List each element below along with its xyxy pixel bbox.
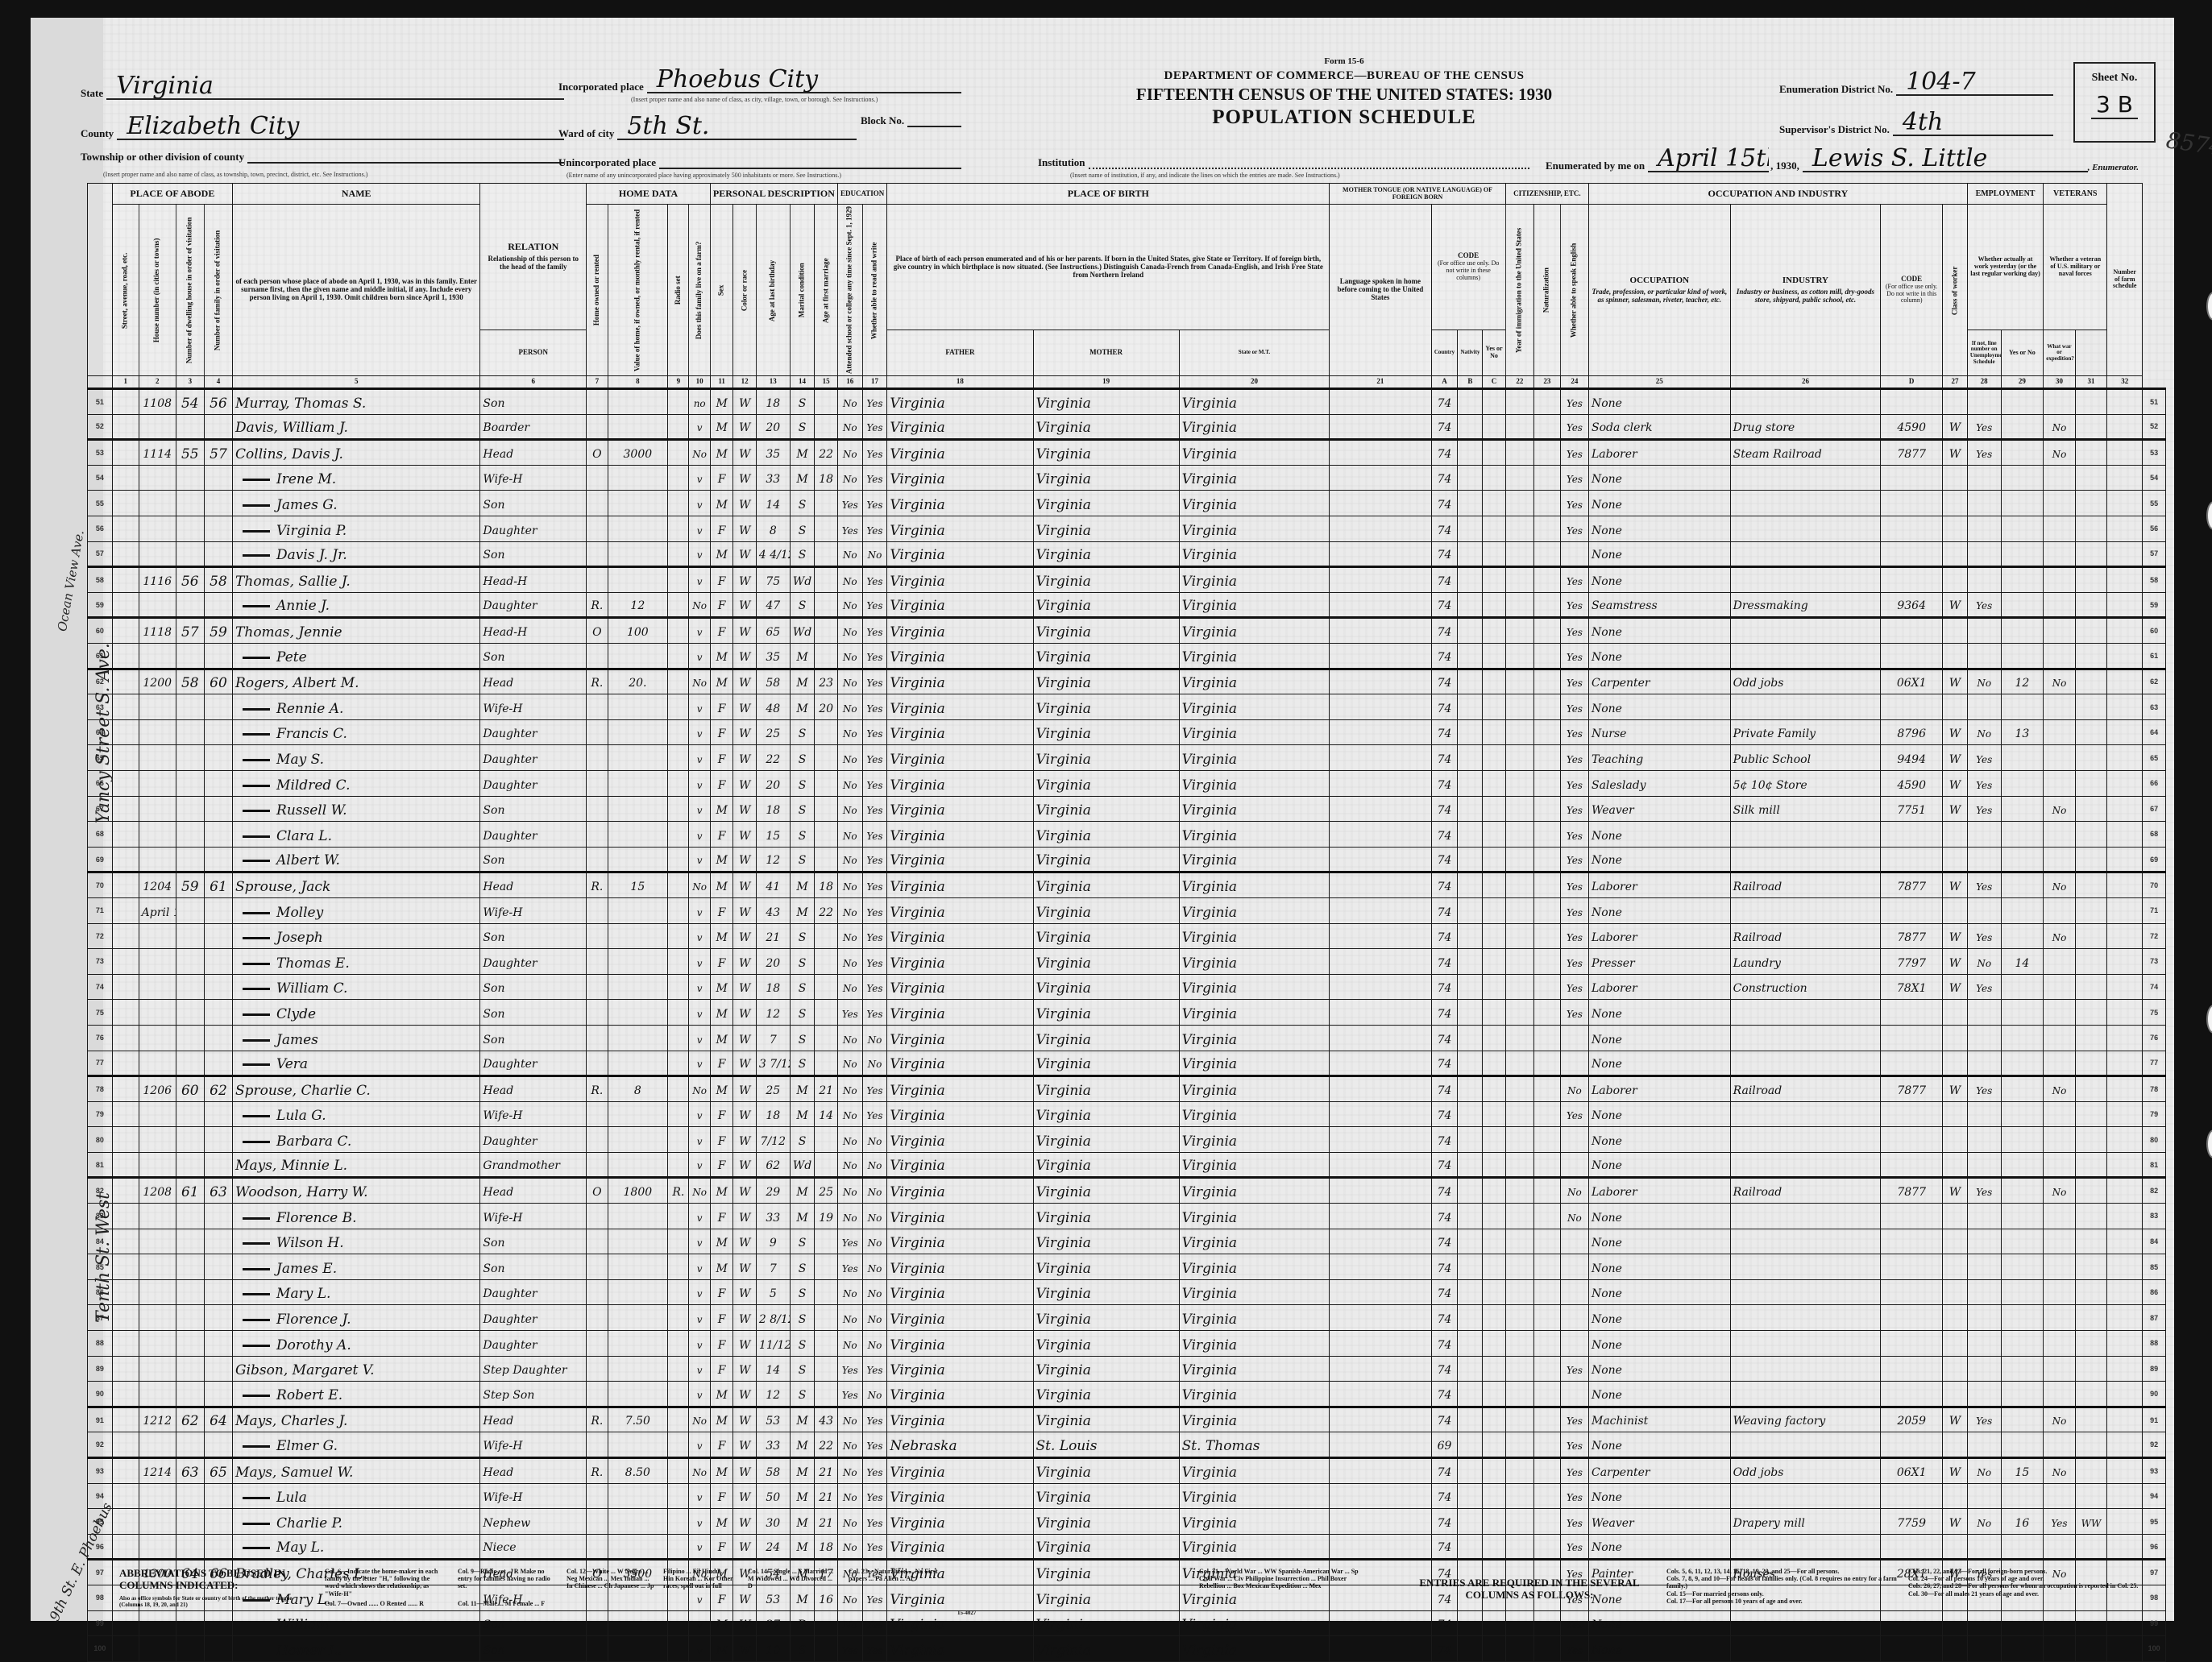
header-value: Value of home, if owned, or monthly rent… xyxy=(608,205,668,376)
column-number: 32 xyxy=(2107,376,2143,389)
occupation-cell: Laborer xyxy=(1588,923,1730,949)
group-tongue: MOTHER TONGUE (OR NATIVE LANGUAGE) OF FO… xyxy=(1330,184,1506,205)
school-cell: No xyxy=(837,719,862,745)
school-cell: No xyxy=(837,872,862,898)
sex-cell: F xyxy=(710,1152,733,1178)
table-row: 74William C.SonvMW18SNoYesVirginiaVirgin… xyxy=(88,974,2166,1000)
read-write-cell: Yes xyxy=(862,1076,887,1102)
marital-cell: S xyxy=(790,1305,815,1331)
naturalization-cell xyxy=(1533,414,1560,440)
abbrev-col9: Col. 9—Radio set ... R Make no entry for… xyxy=(458,1568,554,1590)
occupation-code-cell: 78X1 xyxy=(1881,974,1943,1000)
sex-cell: M xyxy=(710,644,733,669)
veteran-cell xyxy=(2044,1152,2076,1178)
english-cell: Yes xyxy=(1560,719,1588,745)
header-industry: INDUSTRYIndustry or business, as cotton … xyxy=(1730,205,1881,376)
age-marriage-cell: 14 xyxy=(815,1101,838,1127)
age-cell: 20 xyxy=(756,949,790,975)
veteran-cell xyxy=(2044,1279,2076,1305)
at-work-cell xyxy=(1967,644,2001,669)
industry-cell xyxy=(1730,1229,1881,1254)
occupation-code-cell: 9364 xyxy=(1881,592,1943,618)
sex-cell: M xyxy=(710,669,733,694)
family-number-cell: 65 xyxy=(204,1458,232,1484)
header-farm-schedule: Number of farm schedule xyxy=(2107,184,2143,376)
school-cell: No xyxy=(837,1534,862,1560)
street-cell xyxy=(112,541,139,567)
country-code-cell xyxy=(1458,694,1483,720)
age-cell: 20 xyxy=(756,770,790,796)
age-marriage-cell xyxy=(815,796,838,822)
school-cell: Yes xyxy=(837,1382,862,1407)
immigration-cell xyxy=(1505,389,1533,415)
owned-cell xyxy=(587,1204,608,1229)
line-number: 93 xyxy=(88,1458,113,1484)
farm-cell: v xyxy=(689,491,710,516)
occupation-cell: Laborer xyxy=(1588,440,1730,466)
war-cell xyxy=(2075,1178,2107,1204)
unincorporated-field: Unincorporated place xyxy=(558,156,961,169)
header-dwelling: Number of dwelling house in order of vis… xyxy=(176,205,204,376)
given-name: Lula G. xyxy=(276,1108,326,1124)
age-cell: 35 xyxy=(756,644,790,669)
english-cell: Yes xyxy=(1560,949,1588,975)
immigration-cell xyxy=(1505,822,1533,848)
birthplace-father-cell: Virginia xyxy=(1033,719,1179,745)
occupation-code-cell xyxy=(1881,516,1943,542)
column-number: 6 xyxy=(480,376,587,389)
war-cell xyxy=(2075,1254,2107,1280)
birthplace-person-cell: Virginia xyxy=(887,974,1033,1000)
farm-cell: No xyxy=(689,872,710,898)
english-cell xyxy=(1560,1051,1588,1076)
english-cell xyxy=(1560,1305,1588,1331)
war-cell xyxy=(2075,644,2107,669)
naturalization-cell xyxy=(1533,822,1560,848)
family-number-cell xyxy=(204,1152,232,1178)
race-cell: W xyxy=(733,1305,757,1331)
unemployment-line-cell xyxy=(2001,770,2044,796)
street-cell xyxy=(112,1254,139,1280)
relation-cell: Son xyxy=(480,1229,587,1254)
age-marriage-cell xyxy=(815,1279,838,1305)
ditto-dash xyxy=(243,1293,270,1295)
age-marriage-cell: 25 xyxy=(815,1178,838,1204)
race-cell: W xyxy=(733,1051,757,1076)
radio-cell xyxy=(668,897,689,923)
farm-cell: v xyxy=(689,1152,710,1178)
name-cell: Rogers, Albert M. xyxy=(233,669,480,694)
english-cell: Yes xyxy=(1560,1483,1588,1509)
class-of-worker-cell xyxy=(1943,1000,1968,1026)
unemployment-line-cell xyxy=(2001,745,2044,771)
column-number: 7 xyxy=(587,376,608,389)
birthplace-mother-cell: Virginia xyxy=(1179,389,1330,415)
occupation-cell: Presser xyxy=(1588,949,1730,975)
veteran-cell: No xyxy=(2044,1178,2076,1204)
birthplace-mother-cell: Virginia xyxy=(1179,1000,1330,1026)
age-cell: 65 xyxy=(756,618,790,644)
sex-cell: F xyxy=(710,1432,733,1458)
race-cell: W xyxy=(733,1254,757,1280)
class-of-worker-cell xyxy=(1943,567,1968,593)
naturalization-cell xyxy=(1533,1254,1560,1280)
house-number-cell: 1114 xyxy=(139,440,176,466)
ditto-dash xyxy=(243,1497,270,1499)
family-number-cell xyxy=(204,1127,232,1153)
class-of-worker-cell: W xyxy=(1943,719,1968,745)
header-code-a: State or M.T. xyxy=(1179,330,1330,376)
read-write-cell: No xyxy=(862,1254,887,1280)
sex-cell: M xyxy=(710,974,733,1000)
class-of-worker-cell: W xyxy=(1943,1178,1968,1204)
school-cell: No xyxy=(837,1305,862,1331)
relation-cell: Wife-H xyxy=(480,1483,587,1509)
race-cell: W xyxy=(733,923,757,949)
farm-cell: v xyxy=(689,796,710,822)
state-code-cell: 74 xyxy=(1431,1178,1458,1204)
ditto-dash xyxy=(243,759,270,761)
age-cell: 33 xyxy=(756,465,790,491)
race-cell: W xyxy=(733,1076,757,1102)
occupation-code-cell xyxy=(1881,1356,1943,1382)
given-name: Vera xyxy=(276,1056,308,1072)
birthplace-person-cell: Virginia xyxy=(887,897,1033,923)
birthplace-father-cell: Virginia xyxy=(1033,1229,1179,1254)
house-number-cell: 1118 xyxy=(139,618,176,644)
farm-cell: v xyxy=(689,1127,710,1153)
ditto-dash xyxy=(243,860,270,862)
immigration-cell xyxy=(1505,618,1533,644)
age-marriage-cell xyxy=(815,719,838,745)
relation-cell: Daughter xyxy=(480,719,587,745)
family-number-cell xyxy=(204,1000,232,1026)
unincorporated-label: Unincorporated place xyxy=(558,156,656,169)
radio-cell xyxy=(668,440,689,466)
sex-cell: F xyxy=(710,516,733,542)
header-birth-mother: MOTHER xyxy=(1033,330,1179,376)
naturalization-cell xyxy=(1533,1152,1560,1178)
table-row: 9112126264Mays, Charles J.HeadR.7.50NoMW… xyxy=(88,1407,2166,1432)
farm-cell: No xyxy=(689,440,710,466)
english-cell: Yes xyxy=(1560,389,1588,415)
birthplace-father-cell: Virginia xyxy=(1033,541,1179,567)
age-marriage-cell xyxy=(815,414,838,440)
birthplace-person-cell: Virginia xyxy=(887,1509,1033,1535)
home-value-cell xyxy=(608,822,668,848)
farm-schedule-cell xyxy=(2107,1178,2143,1204)
english-cell: Yes xyxy=(1560,644,1588,669)
relation-cell: Step Daughter xyxy=(480,1356,587,1382)
industry-cell xyxy=(1730,1432,1881,1458)
at-work-cell xyxy=(1967,1534,2001,1560)
house-number-cell xyxy=(139,847,176,872)
marital-cell: S xyxy=(790,1636,815,1641)
given-name: Dorothy A. xyxy=(276,1337,351,1353)
radio-cell xyxy=(668,872,689,898)
occupation-cell: None xyxy=(1588,1331,1730,1357)
school-cell: No xyxy=(837,1051,862,1076)
occupation-cell: Machinist xyxy=(1588,1407,1730,1432)
owned-cell xyxy=(587,1254,608,1280)
read-write-cell: Yes xyxy=(862,465,887,491)
family-number-cell: 61 xyxy=(204,872,232,898)
occupation-cell: None xyxy=(1588,644,1730,669)
dwelling-number-cell xyxy=(176,1636,204,1641)
country-code-cell xyxy=(1458,872,1483,898)
family-number-cell xyxy=(204,1331,232,1357)
race-cell: W xyxy=(733,567,757,593)
house-number-cell: 1204 xyxy=(139,872,176,898)
age-marriage-cell xyxy=(815,1305,838,1331)
birthplace-father-cell: Virginia xyxy=(1033,1356,1179,1382)
read-write-cell: Yes xyxy=(862,694,887,720)
given-name: Mary L. xyxy=(276,1286,330,1302)
line-number-right: 69 xyxy=(2143,847,2166,872)
school-cell: No xyxy=(837,644,862,669)
naturalization-cell xyxy=(1533,389,1560,415)
race-cell: W xyxy=(733,770,757,796)
marital-cell: S xyxy=(790,1254,815,1280)
abbrev-col7: Col. 7—Owned ...... O Rented ...... R xyxy=(325,1600,446,1607)
unemployment-line-cell xyxy=(2001,491,2044,516)
read-write-cell: Yes xyxy=(862,389,887,415)
radio-cell xyxy=(668,1279,689,1305)
ditto-dash xyxy=(243,912,270,914)
language-cell xyxy=(1330,872,1431,898)
war-cell xyxy=(2075,923,2107,949)
race-cell: W xyxy=(733,822,757,848)
street-cell xyxy=(112,796,139,822)
line-number-right: 82 xyxy=(2143,1178,2166,1204)
family-number-cell xyxy=(204,1279,232,1305)
given-name: William C. xyxy=(276,980,347,997)
line-number-right: 58 xyxy=(2143,567,2166,593)
age-cell: 50 xyxy=(756,1483,790,1509)
line-number: 54 xyxy=(88,465,113,491)
birthplace-father-cell: Virginia xyxy=(1033,1025,1179,1051)
owned-cell xyxy=(587,847,608,872)
birthplace-person-cell: Virginia xyxy=(887,644,1033,669)
farm-cell: v xyxy=(689,897,710,923)
naturalization-cell xyxy=(1533,694,1560,720)
header-immigration: Year of immigration to the United States xyxy=(1505,205,1533,376)
at-work-cell xyxy=(1967,465,2001,491)
unemployment-line-cell xyxy=(2001,1025,2044,1051)
given-name: Wilson H. xyxy=(276,1235,344,1251)
farm-schedule-cell xyxy=(2107,1636,2143,1641)
block-label: Block No. xyxy=(861,114,904,127)
state-code-cell: 74 xyxy=(1431,1636,1458,1641)
english-cell: No xyxy=(1560,1204,1588,1229)
radio-cell xyxy=(668,822,689,848)
school-cell: No xyxy=(837,847,862,872)
line-number-right: 65 xyxy=(2143,745,2166,771)
group-citizenship: CITIZENSHIP, ETC. xyxy=(1505,184,1588,205)
header-relation: RELATIONRelationship of this person to t… xyxy=(480,184,587,330)
given-name: Francis C. xyxy=(276,726,347,742)
class-of-worker-cell xyxy=(1943,1356,1968,1382)
school-cell: No xyxy=(837,1509,862,1535)
age-marriage-cell xyxy=(815,592,838,618)
table-row: 56Virginia P.DaughtervFW8SYesYesVirginia… xyxy=(88,516,2166,542)
line-number-right: 66 xyxy=(2143,770,2166,796)
at-work-cell xyxy=(1967,1331,2001,1357)
industry-cell xyxy=(1730,897,1881,923)
marital-cell: S xyxy=(790,1229,815,1254)
relation-cell: Head xyxy=(480,669,587,694)
war-cell xyxy=(2075,1407,2107,1432)
farm-cell: v xyxy=(689,1356,710,1382)
immigration-cell xyxy=(1505,1534,1533,1560)
farm-schedule-cell xyxy=(2107,1356,2143,1382)
sex-cell: F xyxy=(710,719,733,745)
table-row: 69Albert W.SonvMW12SNoYesVirginiaVirgini… xyxy=(88,847,2166,872)
table-row: 6011185759Thomas, JennieHead-HO100vFW65W… xyxy=(88,618,2166,644)
table-body: 5111085456Murray, Thomas S.SonnoMW18SNoY… xyxy=(88,389,2166,1641)
state-code-cell: 74 xyxy=(1431,618,1458,644)
unemployment-line-cell xyxy=(2001,516,2044,542)
birthplace-person-cell: Virginia xyxy=(887,872,1033,898)
name-cell: Mays, Charles J. xyxy=(233,1407,480,1432)
industry-cell: Drapery mill xyxy=(1730,1509,1881,1535)
relation-cell: Son xyxy=(480,923,587,949)
age-marriage-cell xyxy=(815,567,838,593)
family-number-cell xyxy=(204,974,232,1000)
home-value-cell xyxy=(608,974,668,1000)
owned-cell xyxy=(587,567,608,593)
relation-cell: Son xyxy=(480,847,587,872)
farm-schedule-cell xyxy=(2107,1509,2143,1535)
given-name: Joseph xyxy=(276,930,323,946)
line-number: 88 xyxy=(88,1331,113,1357)
state-code-cell: 74 xyxy=(1431,644,1458,669)
language-cell xyxy=(1330,1636,1431,1641)
farm-cell: No xyxy=(689,1458,710,1484)
birthplace-mother-cell: Virginia xyxy=(1179,974,1330,1000)
country-code-cell xyxy=(1458,1279,1483,1305)
war-cell xyxy=(2075,1279,2107,1305)
class-of-worker-cell xyxy=(1943,465,1968,491)
ward-label: Ward of city xyxy=(558,127,614,140)
enumerated-date: April 15th xyxy=(1648,147,1769,172)
language-cell xyxy=(1330,1204,1431,1229)
owned-cell: O xyxy=(587,618,608,644)
marital-cell: S xyxy=(790,1051,815,1076)
age-cell: 8 xyxy=(756,516,790,542)
township-value xyxy=(247,151,564,164)
house-number-cell xyxy=(139,1534,176,1560)
language-cell xyxy=(1330,1483,1431,1509)
family-number-cell xyxy=(204,1254,232,1280)
naturalization-cell xyxy=(1533,516,1560,542)
given-name: James E. xyxy=(276,1261,337,1277)
age-marriage-cell xyxy=(815,389,838,415)
owned-cell: R. xyxy=(587,872,608,898)
birthplace-person-cell: Virginia xyxy=(887,1051,1033,1076)
home-value-cell xyxy=(608,644,668,669)
home-value-cell xyxy=(608,1101,668,1127)
ditto-dash xyxy=(243,1319,270,1321)
name-cell: Mary L. xyxy=(233,1279,480,1305)
war-cell xyxy=(2075,1483,2107,1509)
birthplace-person-cell: Virginia xyxy=(887,694,1033,720)
incorporated-value: Phoebus City xyxy=(647,68,961,93)
country-code-cell xyxy=(1458,949,1483,975)
farm-schedule-cell xyxy=(2107,1458,2143,1484)
ditto-dash xyxy=(243,1345,270,1347)
school-cell: No xyxy=(837,949,862,975)
farm-cell: v xyxy=(689,644,710,669)
sex-cell: F xyxy=(710,770,733,796)
house-number-cell xyxy=(139,1509,176,1535)
farm-cell: v xyxy=(689,1305,710,1331)
name-cell: Barbara C. xyxy=(233,1127,480,1153)
birthplace-mother-cell: Virginia xyxy=(1179,1483,1330,1509)
class-of-worker-cell xyxy=(1943,897,1968,923)
state-code-cell: 74 xyxy=(1431,414,1458,440)
name-cell: Albert W. xyxy=(233,847,480,872)
line-number-right: 53 xyxy=(2143,440,2166,466)
dwelling-number-cell xyxy=(176,694,204,720)
class-of-worker-cell xyxy=(1943,541,1968,567)
read-write-cell: Yes xyxy=(862,1356,887,1382)
owned-cell: R. xyxy=(587,1458,608,1484)
street-cell xyxy=(112,1127,139,1153)
birthplace-father-cell: Virginia xyxy=(1033,414,1179,440)
state-code-cell: 74 xyxy=(1431,1101,1458,1127)
name-cell: Robert E. xyxy=(233,1382,480,1407)
birthplace-person-cell: Virginia xyxy=(887,1025,1033,1051)
name-cell: Thomas, Jennie xyxy=(233,618,480,644)
line-number-right: 55 xyxy=(2143,491,2166,516)
birthplace-mother-cell: Virginia xyxy=(1179,541,1330,567)
street-cell xyxy=(112,389,139,415)
given-name: Elmer G. xyxy=(276,1438,338,1454)
radio-cell xyxy=(668,1025,689,1051)
ditto-dash xyxy=(243,810,270,812)
name-cell: Mildred C. xyxy=(233,770,480,796)
sex-cell: M xyxy=(710,1229,733,1254)
age-marriage-cell: 19 xyxy=(815,1204,838,1229)
race-cell: W xyxy=(733,1382,757,1407)
naturalization-cell xyxy=(1533,1305,1560,1331)
birthplace-mother-cell: Virginia xyxy=(1179,872,1330,898)
age-marriage-cell xyxy=(815,1254,838,1280)
state-code-cell: 74 xyxy=(1431,1076,1458,1102)
owned-cell xyxy=(587,1051,608,1076)
war-cell xyxy=(2075,719,2107,745)
class-of-worker-cell: W xyxy=(1943,1076,1968,1102)
farm-cell: No xyxy=(689,1076,710,1102)
name-cell: Clara L. xyxy=(233,822,480,848)
sex-cell: M xyxy=(710,1178,733,1204)
race-cell: W xyxy=(733,592,757,618)
street-note-b: Tenth St. West xyxy=(93,1192,114,1323)
nativity-code-cell xyxy=(1483,389,1506,415)
name-cell: Charlie P. xyxy=(233,1509,480,1535)
name-cell: Mays, Samuel W. xyxy=(233,1458,480,1484)
relation-cell: Son xyxy=(480,389,587,415)
incorporated-field: Incorporated place Phoebus City xyxy=(558,68,961,93)
read-write-cell: Yes xyxy=(862,669,887,694)
marital-cell: S xyxy=(790,719,815,745)
industry-cell xyxy=(1730,618,1881,644)
class-of-worker-cell xyxy=(1943,1025,1968,1051)
unemployment-line-cell xyxy=(2001,847,2044,872)
sex-cell: M xyxy=(710,1076,733,1102)
immigration-cell xyxy=(1505,567,1533,593)
